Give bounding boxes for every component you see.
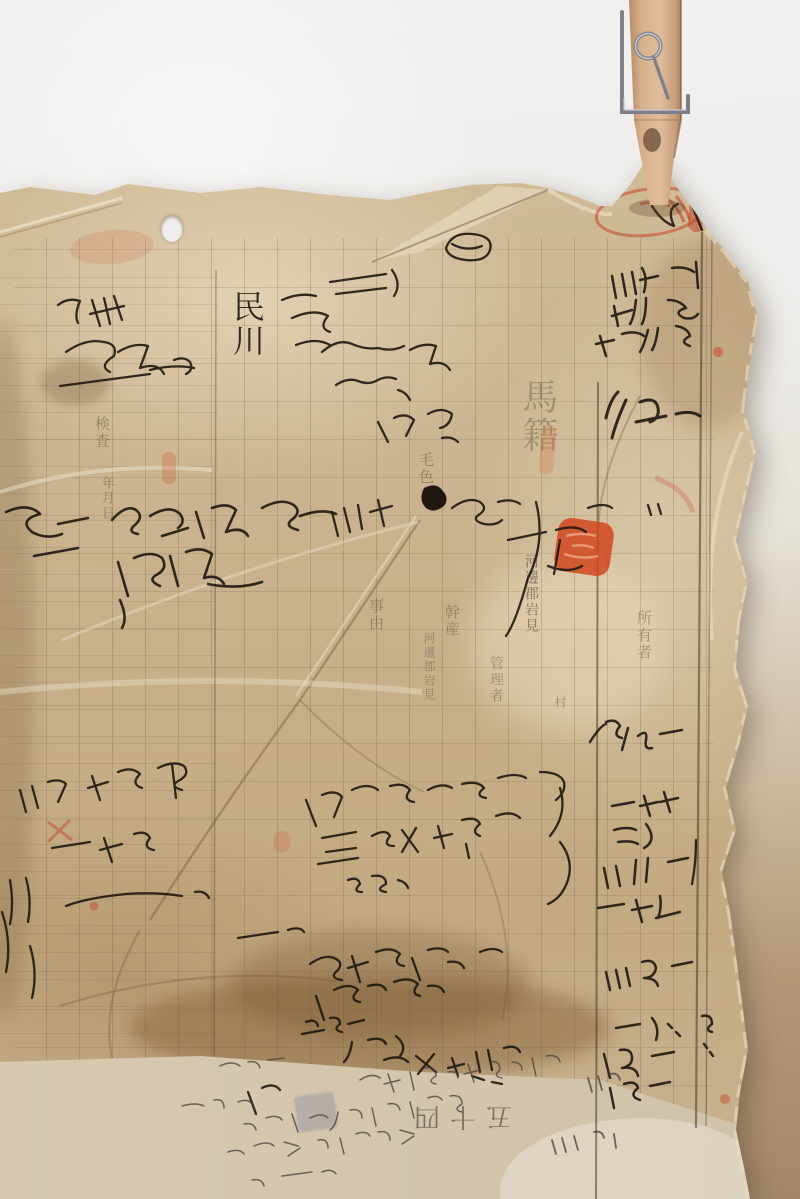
- clothespin: [0, 0, 800, 1199]
- clothespin-wood-body: [629, 0, 681, 205]
- photograph-scene: 馬籍 検査 年月日 毛色 事由 幹産 管理者 所有者 村 河邊郡岩見 河邊郡岩見…: [0, 0, 800, 1199]
- clothespin-notch: [643, 128, 661, 152]
